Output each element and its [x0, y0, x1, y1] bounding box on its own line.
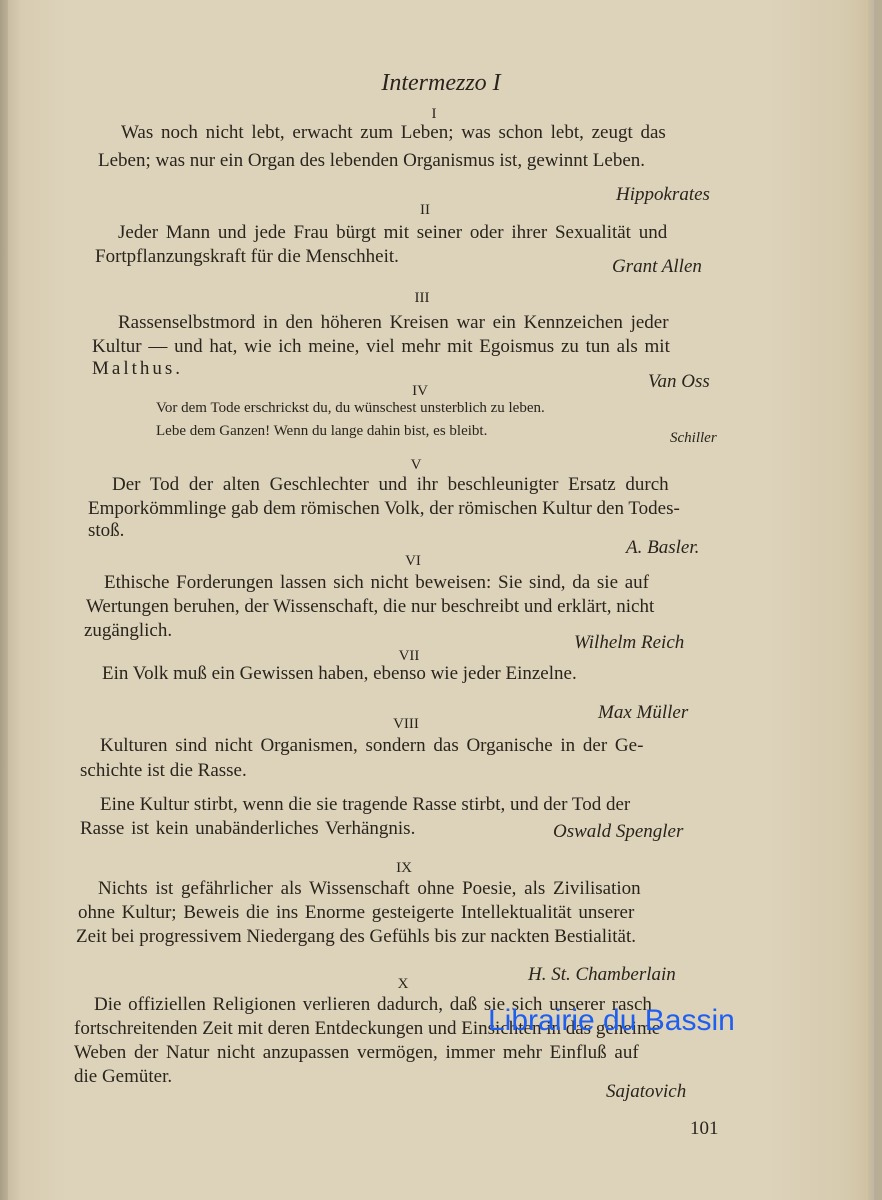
- section-numeral: VIII: [376, 716, 436, 733]
- book-page: Intermezzo I I Was noch nicht lebt, erwa…: [8, 0, 874, 1200]
- quote-line: Rassenselbstmord in den höheren Kreisen …: [118, 312, 669, 334]
- quote-line: Malthus.: [92, 358, 183, 380]
- quote-line: schichte ist die Rasse.: [80, 760, 247, 782]
- section-numeral: X: [373, 976, 433, 993]
- quote-line: Fortpflanzungskraft für die Menschheit.: [95, 246, 399, 268]
- quote-author: Sajatovich: [606, 1081, 686, 1103]
- quote-line: Jeder Mann und jede Frau bürgt mit seine…: [118, 222, 667, 244]
- section-numeral: II: [395, 202, 455, 219]
- quote-author: H. St. Chamberlain: [528, 964, 676, 986]
- section-numeral: III: [392, 290, 452, 307]
- quote-line: Weben der Natur nicht anzupassen vermöge…: [74, 1042, 639, 1064]
- quote-author: Hippokrates: [616, 184, 710, 206]
- page-title: Intermezzo I: [8, 70, 874, 97]
- quote-author: Max Müller: [598, 702, 688, 724]
- quote-line: Was noch nicht lebt, erwacht zum Leben; …: [121, 122, 666, 144]
- quote-line: Rasse ist kein unabänderliches Verhängni…: [80, 818, 415, 840]
- quote-line: Zeit bei progressivem Niedergang des Gef…: [76, 926, 636, 948]
- quote-line: zugänglich.: [84, 620, 172, 642]
- quote-line: Lebe dem Ganzen! Wenn du lange dahin bis…: [156, 423, 487, 440]
- section-numeral: IX: [374, 860, 434, 877]
- quote-author: Oswald Spengler: [553, 821, 683, 843]
- quote-line: ohne Kultur; Beweis die ins Enorme geste…: [78, 902, 634, 924]
- quote-line: stoß.: [88, 520, 124, 542]
- section-numeral: VI: [383, 553, 443, 570]
- quote-author: Wilhelm Reich: [574, 632, 684, 654]
- quote-line: Emporkömmlinge gab dem römischen Volk, d…: [88, 498, 680, 520]
- quote-line: die Gemüter.: [74, 1066, 172, 1088]
- section-numeral: IV: [390, 383, 450, 400]
- quote-line: Leben; was nur ein Organ des lebenden Or…: [98, 150, 645, 172]
- quote-line: Wertungen beruhen, der Wissenschaft, die…: [86, 596, 654, 618]
- section-numeral: I: [404, 106, 464, 123]
- quote-line: Ethische Forderungen lassen sich nicht b…: [104, 572, 649, 594]
- quote-line: Kultur — und hat, wie ich meine, viel me…: [92, 336, 670, 358]
- quote-author: Grant Allen: [612, 256, 702, 278]
- quote-line: Der Tod der alten Geschlechter und ihr b…: [112, 474, 669, 496]
- quote-line: Eine Kultur stirbt, wenn die sie tragend…: [100, 794, 630, 816]
- page-number: 101: [690, 1118, 719, 1140]
- quote-author: A. Basler.: [626, 537, 699, 559]
- quote-line: Nichts ist gefährlicher als Wissenschaft…: [98, 878, 641, 900]
- watermark-text: Librairie du Bassin: [488, 1004, 735, 1038]
- quote-line: Ein Volk muß ein Gewissen haben, ebenso …: [102, 663, 577, 685]
- quote-line: Vor dem Tode erschrickst du, du wünsches…: [156, 400, 545, 417]
- quote-author: Schiller: [670, 430, 717, 447]
- quote-author: Van Oss: [648, 371, 710, 393]
- section-numeral: V: [386, 457, 446, 474]
- quote-line: Kulturen sind nicht Organismen, sondern …: [100, 735, 643, 757]
